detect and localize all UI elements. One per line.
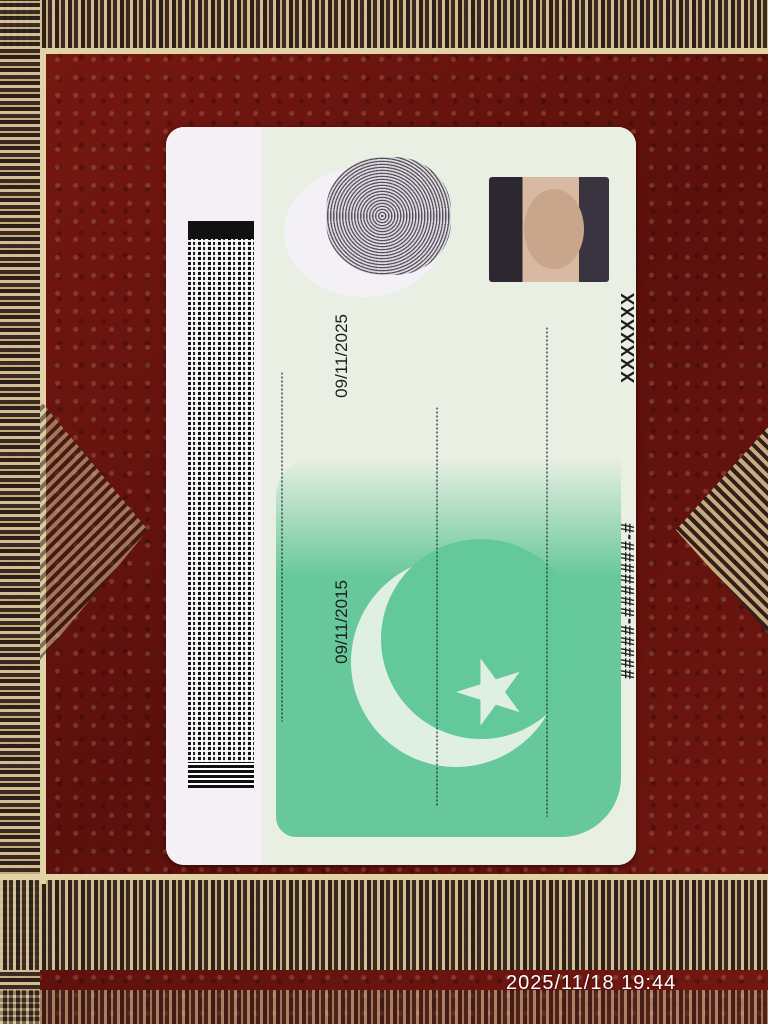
address-line-2-placeholder [436,407,442,807]
barcode-stop-bar [188,762,254,788]
date-of-expiry: 09/11/2025 [332,314,352,398]
fingerprint-placeholder [326,157,451,275]
address-line-3-placeholder [281,372,287,722]
tracking-code: XXXXXXX [618,292,636,383]
barcode-placeholder [188,221,254,787]
carpet-edge-top [40,48,768,54]
carpet-border-bottom-outer [0,990,768,1024]
identity-card: XXXXXXX #####-#######-# 09/11/2025 09/11… [166,127,636,865]
photo-placeholder-face [524,189,584,269]
date-of-issue: 09/11/2015 [332,580,352,664]
carpet-border-left [0,0,40,1024]
barcode-start-bar [188,221,254,239]
carpet-border-bottom [0,880,768,970]
carpet-border-top [0,0,768,48]
carpet-edge-bottom [0,874,768,880]
identity-number: #####-#######-# [618,522,636,679]
address-line-1-placeholder [546,327,552,817]
photo-timestamp: 2025/11/18 19:44 [506,972,676,995]
